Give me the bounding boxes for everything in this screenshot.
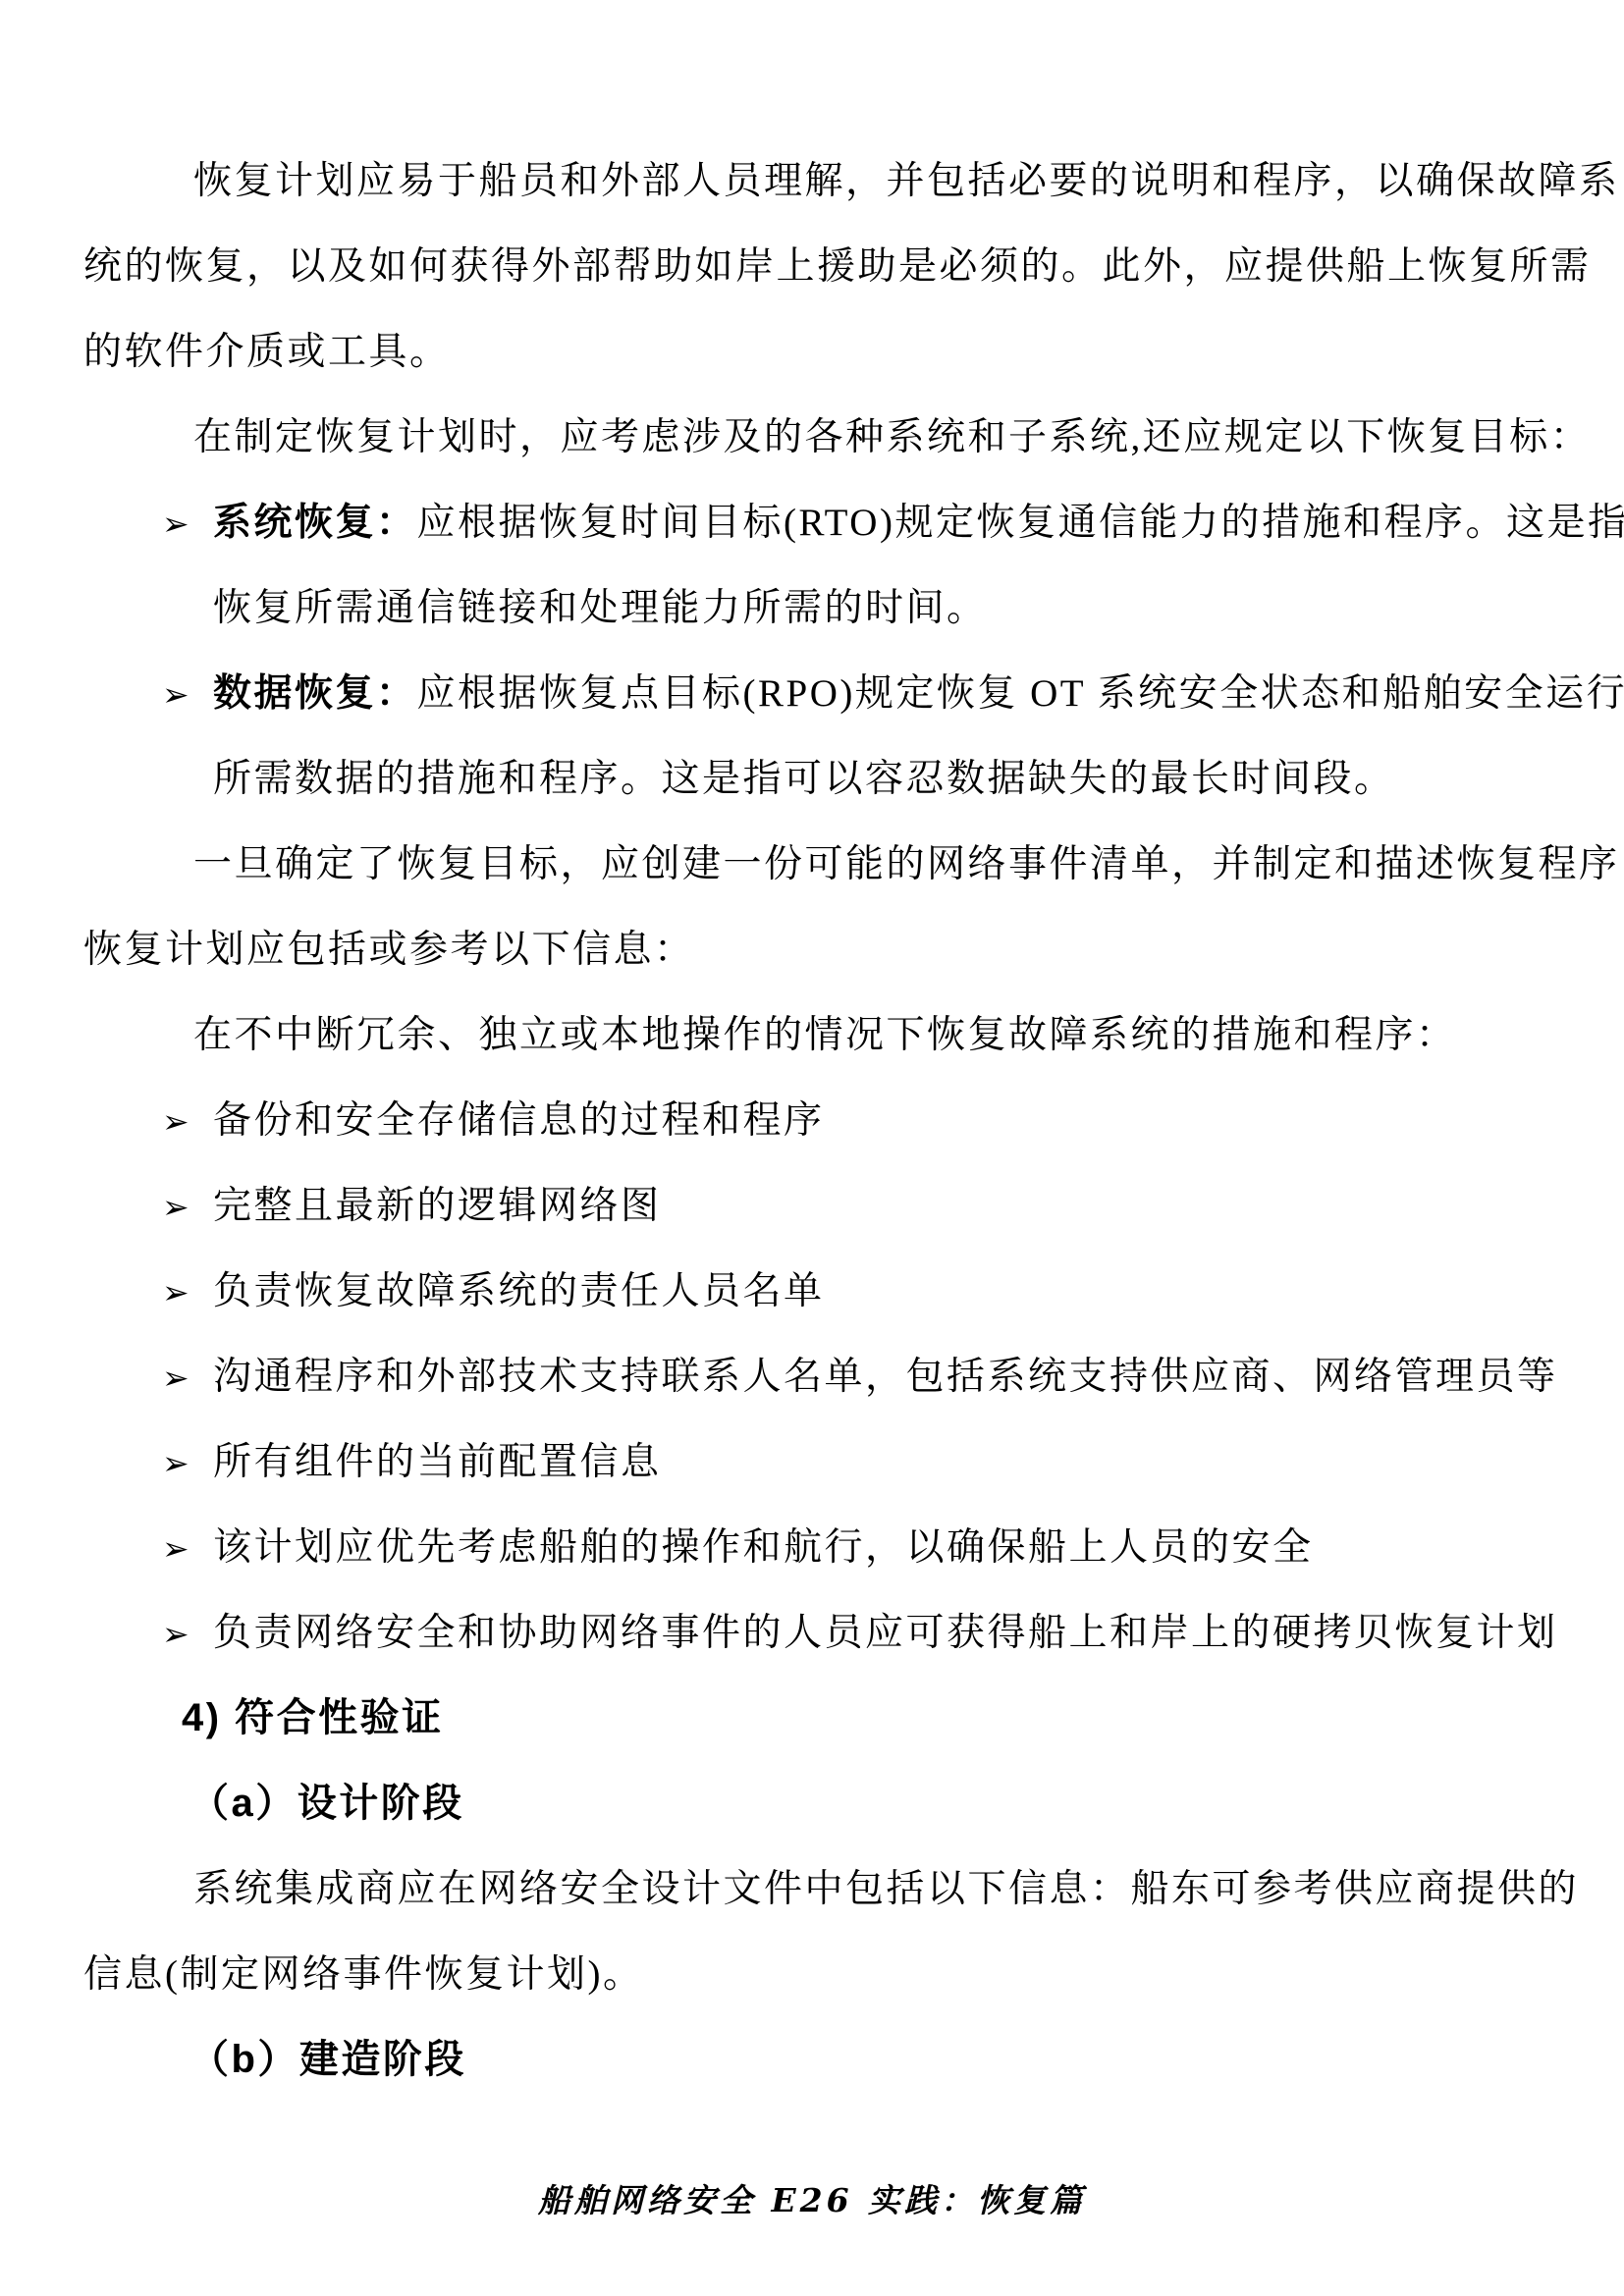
bullet-item-system-recovery: ➢系统恢复：应根据恢复时间目标(RTO)规定恢复通信能力的措施和程序。这是指 [83, 480, 1545, 565]
bullet-term: 数据恢复： [213, 672, 417, 715]
bullet-item: ➢沟通程序和外部技术支持联系人名单，包括系统支持供应商、网络管理员等 [83, 1334, 1545, 1419]
paragraph-line: 一旦确定了恢复目标，应创建一份可能的网络事件清单，并制定和描述恢复程序； [83, 822, 1545, 907]
arrow-bullet-icon: ➢ [162, 1164, 213, 1250]
bullet-item: ➢所有组件的当前配置信息 [83, 1419, 1545, 1505]
document-body: 恢复计划应易于船员和外部人员理解，并包括必要的说明和程序，以确保故障系 统的恢复… [83, 138, 1545, 2103]
bullet-item: ➢负责恢复故障系统的责任人员名单 [83, 1249, 1545, 1334]
bullet-item: ➢该计划应优先考虑船舶的操作和航行，以确保船上人员的安全 [83, 1505, 1545, 1590]
bullet-text: 所有组件的当前配置信息 [213, 1441, 662, 1483]
bullet-text: 应根据恢复时间目标(RTO)规定恢复通信能力的措施和程序。这是指 [417, 502, 1624, 544]
bullet-item: ➢完整且最新的逻辑网络图 [83, 1163, 1545, 1249]
page-footer-title: 船舶网络安全 E26 实践：恢复篇 [0, 2176, 1624, 2225]
bullet-item: ➢负责网络安全和协助网络事件的人员应可获得船上和岸上的硬拷贝恢复计划 [83, 1590, 1545, 1676]
arrow-bullet-icon: ➢ [162, 1079, 213, 1164]
bullet-text: 负责恢复故障系统的责任人员名单 [213, 1270, 825, 1312]
bullet-text: 应根据恢复点目标(RPO)规定恢复 OT 系统安全状态和船舶安全运行 [417, 672, 1624, 715]
paragraph-line: 在制定恢复计划时，应考虑涉及的各种系统和子系统,还应规定以下恢复目标： [83, 395, 1545, 480]
bullet-text-continuation: 所需数据的措施和程序。这是指可以容忍数据缺失的最长时间段。 [83, 736, 1545, 822]
bullet-text: 完整且最新的逻辑网络图 [213, 1185, 662, 1227]
bullet-term: 系统恢复： [213, 502, 417, 544]
bullet-text: 该计划应优先考虑船舶的操作和航行，以确保船上人员的安全 [213, 1526, 1314, 1569]
bullet-text: 负责网络安全和协助网络事件的人员应可获得船上和岸上的硬拷贝恢复计划 [213, 1612, 1558, 1654]
arrow-bullet-icon: ➢ [162, 1335, 213, 1420]
arrow-bullet-icon: ➢ [162, 652, 213, 737]
bullet-text-continuation: 恢复所需通信链接和处理能力所需的时间。 [83, 565, 1545, 651]
arrow-bullet-icon: ➢ [162, 1420, 213, 1506]
arrow-bullet-icon: ➢ [162, 1506, 213, 1591]
bullet-text: 备份和安全存储信息的过程和程序 [213, 1099, 825, 1142]
subsection-heading-design-phase: （a）设计阶段 [83, 1761, 1545, 1846]
paragraph-line: 系统集成商应在网络安全设计文件中包括以下信息：船东可参考供应商提供的 [83, 1846, 1545, 1932]
arrow-bullet-icon: ➢ [162, 1591, 213, 1677]
section-heading-compliance-verification: 4) 符合性验证 [83, 1676, 1545, 1761]
paragraph-line: 信息(制定网络事件恢复计划)。 [83, 1932, 1545, 2017]
arrow-bullet-icon: ➢ [162, 481, 213, 566]
paragraph-line: 恢复计划应包括或参考以下信息： [83, 907, 1545, 992]
bullet-item-data-recovery: ➢数据恢复：应根据恢复点目标(RPO)规定恢复 OT 系统安全状态和船舶安全运行 [83, 651, 1545, 736]
bullet-item: ➢备份和安全存储信息的过程和程序 [83, 1078, 1545, 1163]
paragraph-line: 的软件介质或工具。 [83, 309, 1545, 395]
subsection-heading-construction-phase: （b）建造阶段 [83, 2017, 1545, 2103]
arrow-bullet-icon: ➢ [162, 1250, 213, 1335]
paragraph-line: 在不中断冗余、独立或本地操作的情况下恢复故障系统的措施和程序： [83, 992, 1545, 1078]
paragraph-line: 统的恢复，以及如何获得外部帮助如岸上援助是必须的。此外，应提供船上恢复所需 [83, 224, 1545, 309]
bullet-text: 沟通程序和外部技术支持联系人名单，包括系统支持供应商、网络管理员等 [213, 1356, 1558, 1398]
paragraph-line: 恢复计划应易于船员和外部人员理解，并包括必要的说明和程序，以确保故障系 [83, 138, 1545, 224]
document-page: 恢复计划应易于船员和外部人员理解，并包括必要的说明和程序，以确保故障系 统的恢复… [0, 0, 1624, 2296]
